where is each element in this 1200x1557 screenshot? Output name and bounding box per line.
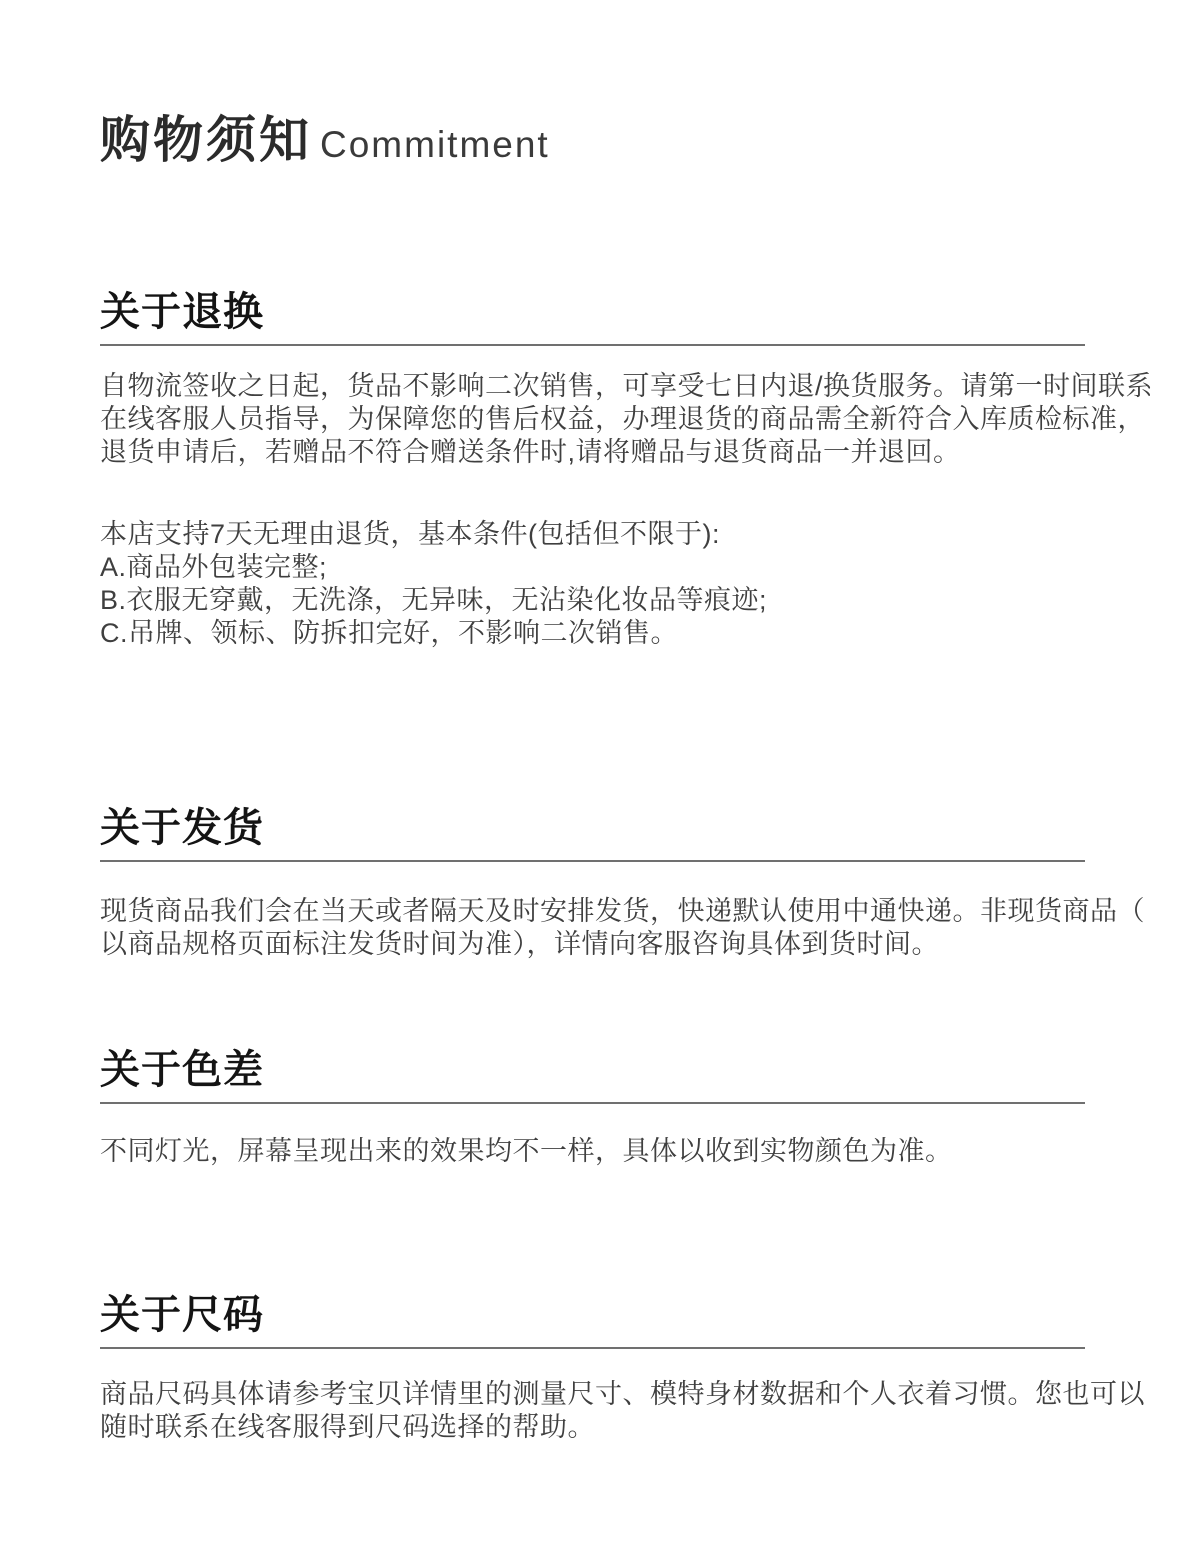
sizing-paragraph: 商品尺码具体请参考宝贝详情里的测量尺寸、模特身材数据和个人衣着习惯。您也可以 随… [100, 1378, 1105, 1444]
shipping-policy-paragraph: 现货商品我们会在当天或者隔天及时安排发货，快递默认使用中通快递。非现货商品（ 以… [100, 895, 1105, 961]
section-shipping-heading: 关于发货 [100, 806, 1105, 850]
section-returns: 关于退换 自物流签收之日起，货品不影响二次销售，可享受七日内退/换货服务。请第一… [100, 290, 1105, 650]
returns-policy-paragraph: 自物流签收之日起，货品不影响二次销售，可享受七日内退/换货服务。请第一时间联系 … [100, 370, 1105, 469]
section-color-difference: 关于色差 不同灯光，屏幕呈现出来的效果均不一样，具体以收到实物颜色为准。 [100, 1048, 1105, 1168]
section-shipping: 关于发货 现货商品我们会在当天或者隔天及时安排发货，快递默认使用中通快递。非现货… [100, 806, 1105, 961]
section-sizing: 关于尺码 商品尺码具体请参考宝贝详情里的测量尺寸、模特身材数据和个人衣着习惯。您… [100, 1293, 1105, 1444]
page-title: 购物须知Commitment [100, 0, 1105, 181]
section-color-difference-heading: 关于色差 [100, 1048, 1105, 1092]
section-sizing-heading: 关于尺码 [100, 1293, 1105, 1337]
page-title-chinese: 购物须知 [100, 112, 312, 168]
returns-conditions-paragraph: 本店支持7天无理由退货，基本条件(包括但不限于): A.商品外包装完整; B.衣… [100, 518, 1105, 650]
section-divider [100, 1102, 1085, 1104]
shopping-notice-page: 购物须知Commitment 关于退换 自物流签收之日起，货品不影响二次销售，可… [0, 0, 1200, 1557]
section-divider [100, 860, 1085, 862]
section-returns-heading: 关于退换 [100, 290, 1105, 334]
page-title-english: Commitment [320, 124, 550, 165]
section-divider [100, 344, 1085, 346]
color-difference-paragraph: 不同灯光，屏幕呈现出来的效果均不一样，具体以收到实物颜色为准。 [100, 1135, 1105, 1168]
section-divider [100, 1347, 1085, 1349]
